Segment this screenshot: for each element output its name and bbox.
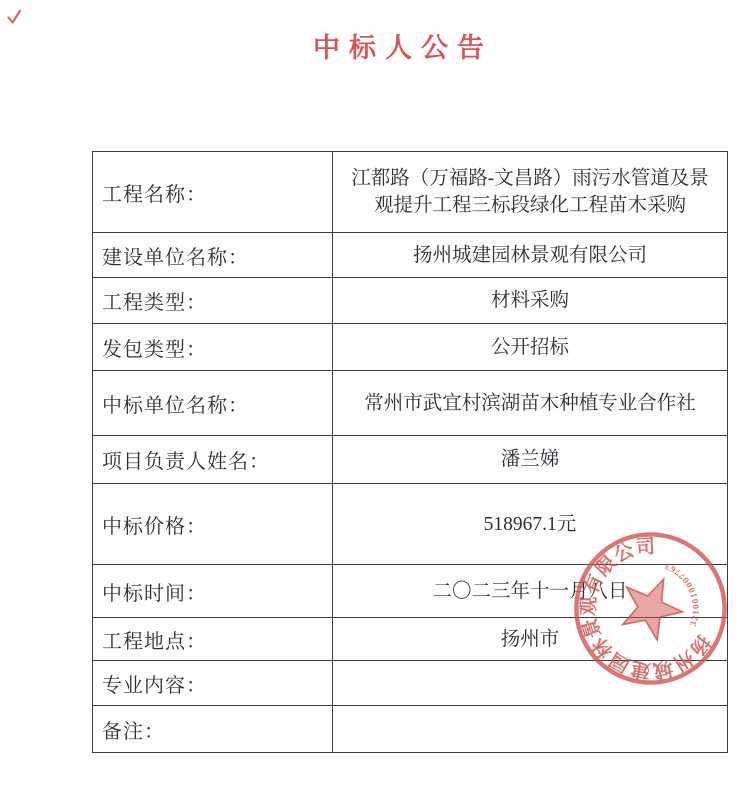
- row-label: 工程类型：: [93, 278, 333, 324]
- row-label: 备注：: [93, 706, 333, 753]
- table-row: 建设单位名称： 扬州城建园林景观有限公司: [93, 233, 728, 278]
- table-row: 项目负责人姓名： 潘兰娣: [93, 436, 728, 484]
- row-label: 建设单位名称：: [93, 233, 333, 278]
- row-value: 518967.1元: [333, 484, 728, 565]
- row-value: 扬州市: [333, 618, 728, 661]
- page-title: 中标人公告: [313, 26, 493, 65]
- row-value: 常州市武宜村滨湖苗木种植专业合作社: [333, 371, 728, 436]
- row-value: 公开招标: [333, 324, 728, 371]
- row-value: [333, 706, 728, 753]
- red-tick-mark-icon: [7, 9, 22, 30]
- row-value: 扬州城建园林景观有限公司: [333, 233, 728, 278]
- row-label: 专业内容：: [93, 661, 333, 706]
- table-row: 专业内容：: [93, 661, 728, 706]
- announcement-table: 工程名称： 江都路（万福路-文昌路）雨污水管道及景观提升工程三标段绿化工程苗木采…: [92, 151, 728, 753]
- table-row: 工程名称： 江都路（万福路-文昌路）雨污水管道及景观提升工程三标段绿化工程苗木采…: [93, 152, 728, 233]
- row-value: 二〇二三年十一月八日: [333, 565, 728, 618]
- row-label: 中标时间：: [93, 565, 333, 618]
- table-row: 中标单位名称： 常州市武宜村滨湖苗木种植专业合作社: [93, 371, 728, 436]
- table-row: 工程地点： 扬州市: [93, 618, 728, 661]
- row-label: 项目负责人姓名：: [93, 436, 333, 484]
- row-value: 江都路（万福路-文昌路）雨污水管道及景观提升工程三标段绿化工程苗木采购: [333, 152, 728, 233]
- row-value: 材料采购: [333, 278, 728, 324]
- table-row: 中标时间： 二〇二三年十一月八日: [93, 565, 728, 618]
- row-label: 工程名称：: [93, 152, 333, 233]
- row-label: 中标价格：: [93, 484, 333, 565]
- row-value: [333, 661, 728, 706]
- table-row: 工程类型： 材料采购: [93, 278, 728, 324]
- table-row: 中标价格： 518967.1元: [93, 484, 728, 565]
- row-label: 中标单位名称：: [93, 371, 333, 436]
- row-label: 工程地点：: [93, 618, 333, 661]
- table-row: 发包类型： 公开招标: [93, 324, 728, 371]
- row-value: 潘兰娣: [333, 436, 728, 484]
- row-label: 发包类型：: [93, 324, 333, 371]
- table-row: 备注：: [93, 706, 728, 753]
